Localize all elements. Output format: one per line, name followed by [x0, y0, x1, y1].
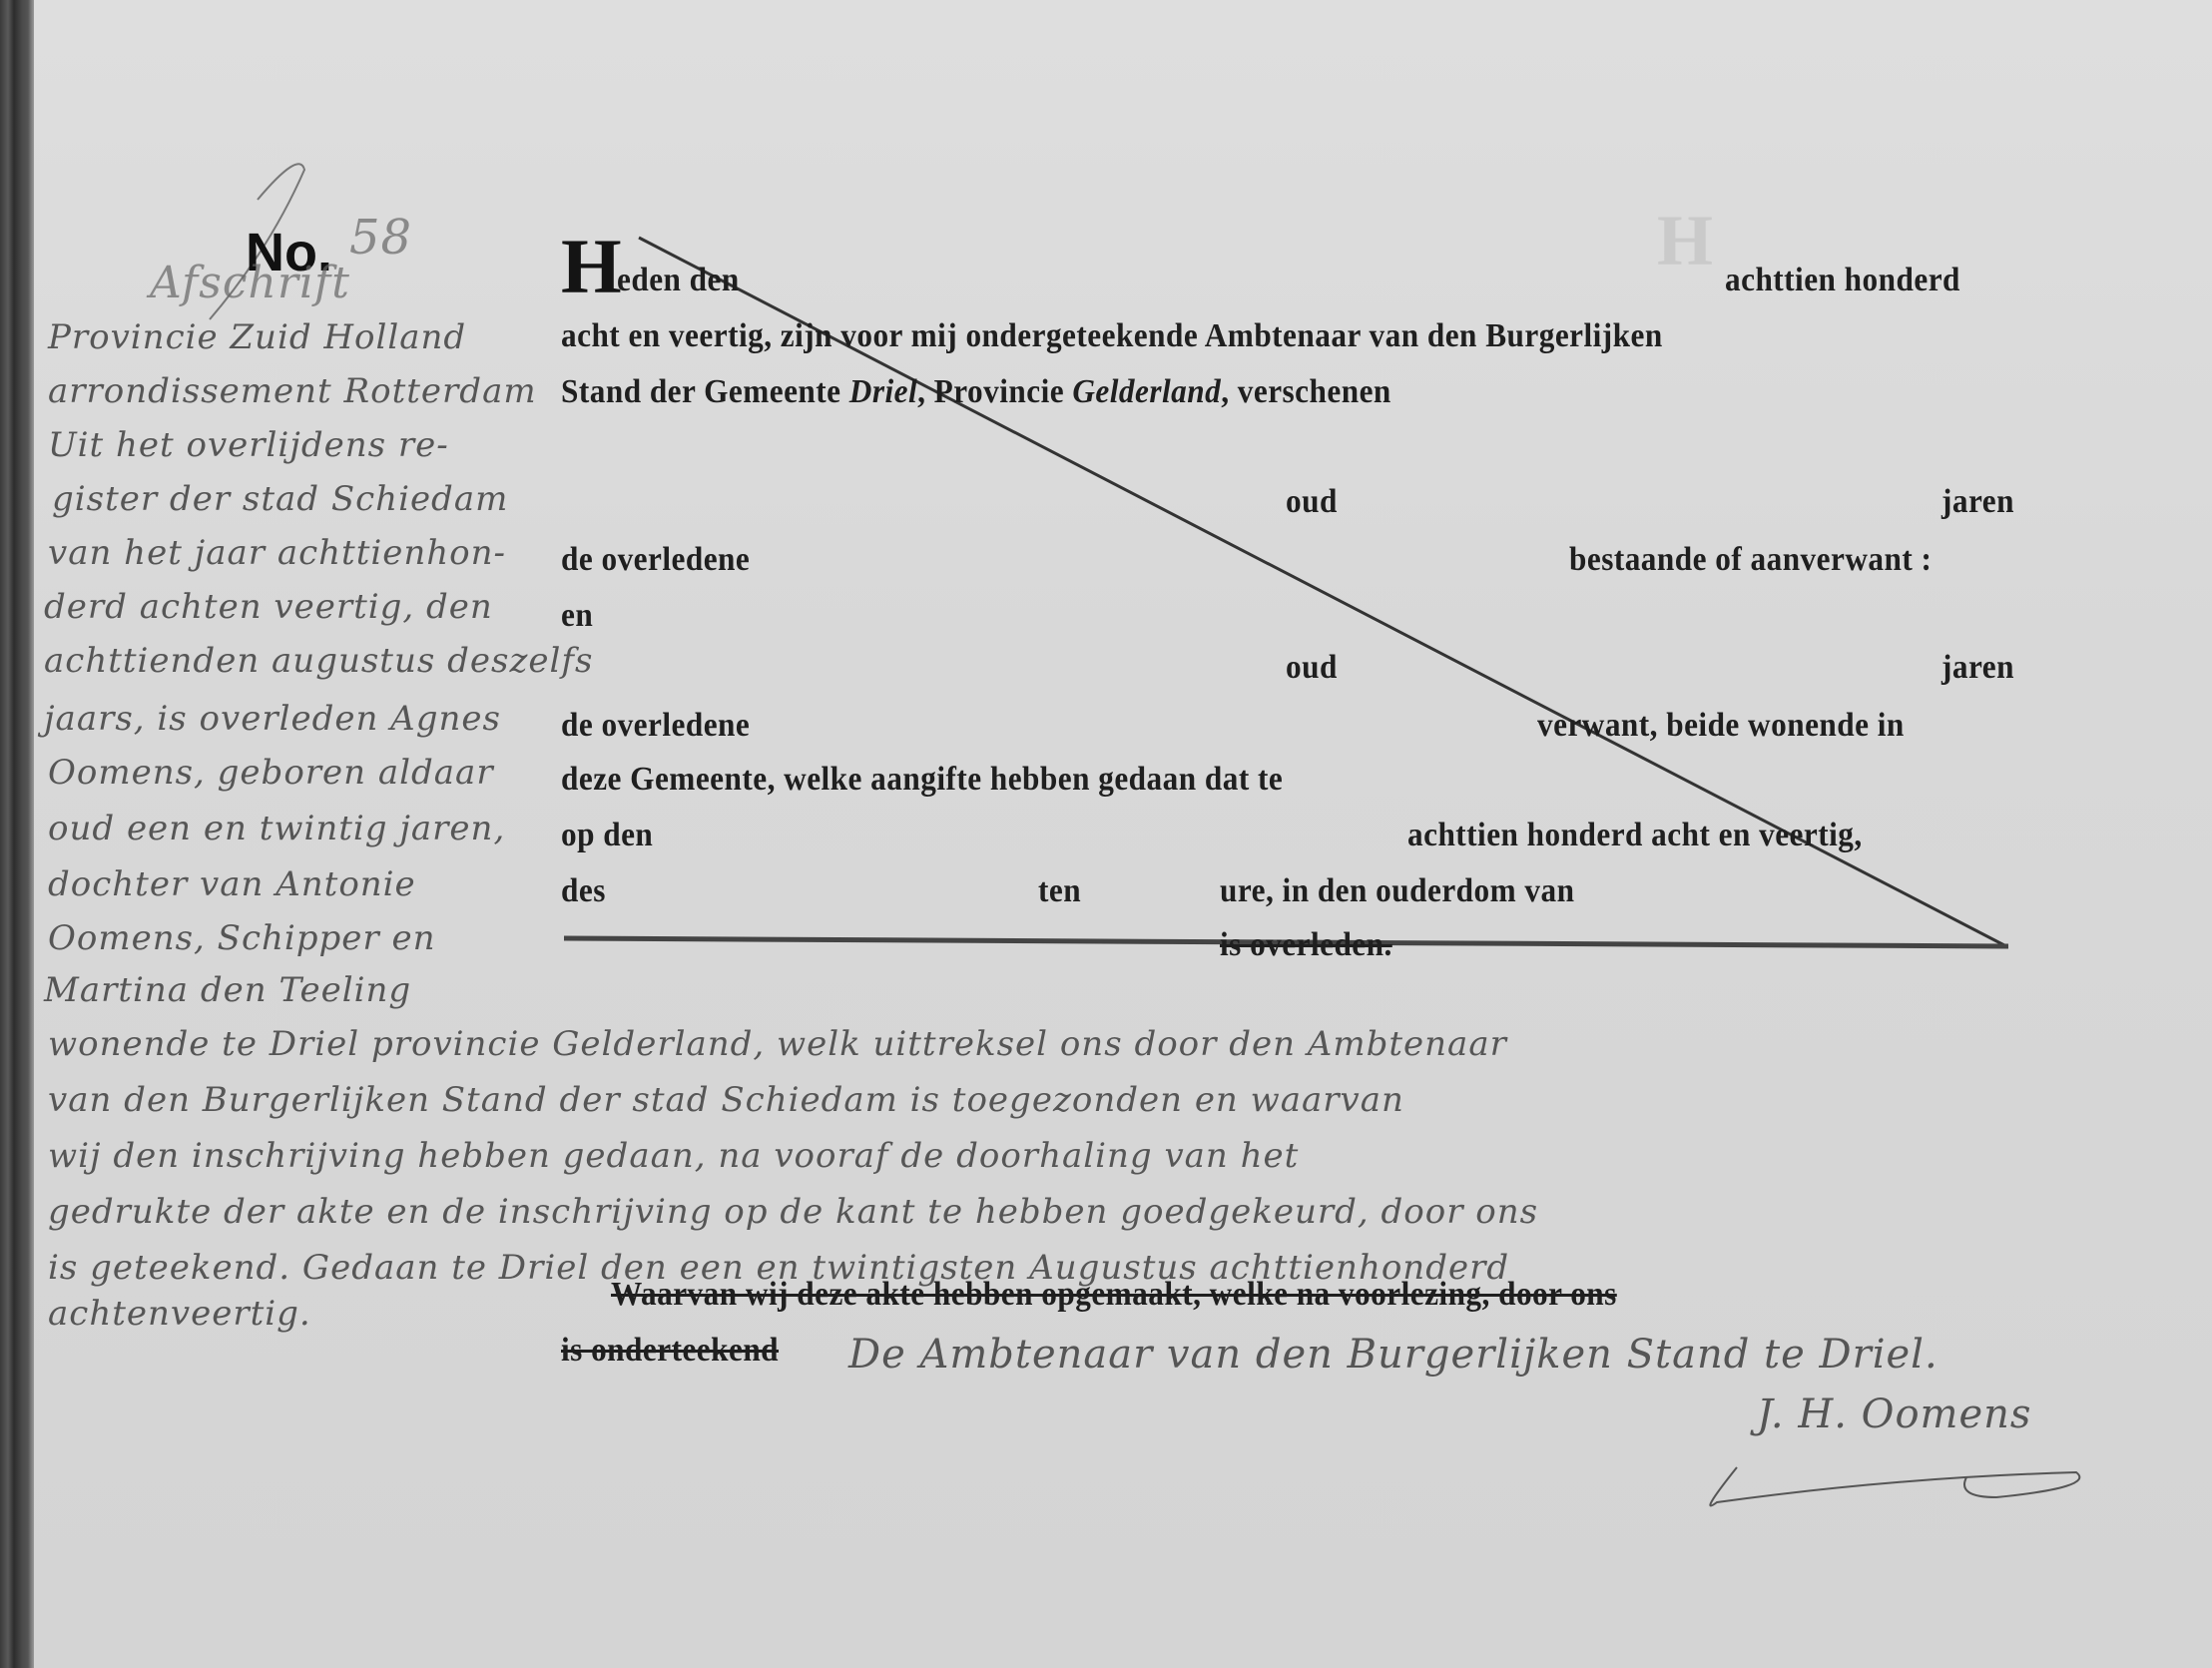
- form-text: ten: [1038, 872, 1081, 910]
- margin-line: arrondissement Rotterdam: [48, 371, 537, 411]
- margin-line: Oomens, Schipper en: [48, 918, 436, 958]
- form-text-place: Stand der Gemeente Driel, Provincie Geld…: [561, 373, 1391, 411]
- margin-line: oud een en twintig jaren,: [48, 809, 505, 848]
- margin-line: dochter van Antonie: [48, 864, 416, 904]
- form-text: eden den: [617, 262, 740, 299]
- document-page: H No. 58 Afschrift Provincie Zuid Hollan…: [0, 0, 2212, 1668]
- form-text: deze Gemeente, welke aangifte hebben ged…: [561, 761, 1283, 799]
- record-number: 58: [349, 210, 412, 266]
- form-text: jaren: [1941, 649, 2014, 687]
- form-text: de overledene: [561, 707, 750, 745]
- signature-line: De Ambtenaar van den Burgerlijken Stand …: [848, 1332, 1938, 1378]
- form-text: oud: [1286, 483, 1338, 521]
- margin-line: Uit het overlijdens re-: [48, 425, 449, 465]
- margin-line: jaars, is overleden Agnes: [44, 699, 501, 739]
- form-text: op den: [561, 817, 653, 854]
- margin-line: Oomens, geboren aldaar: [48, 753, 494, 793]
- body-line: wij den inschrijving hebben gedaan, na v…: [48, 1136, 1299, 1176]
- body-line: wonende te Driel provincie Gelderland, w…: [48, 1024, 1507, 1064]
- form-text-struck: is overleden.: [1220, 926, 1392, 964]
- form-text: ure, in den ouderdom van: [1220, 872, 1574, 910]
- margin-line: Provincie Zuid Holland: [48, 317, 466, 357]
- form-text: bestaande of aanverwant :: [1569, 541, 1932, 579]
- signature-name: J. H. Oomens: [1757, 1391, 2031, 1437]
- form-text: achttien honderd: [1725, 262, 1960, 299]
- form-text: des: [561, 872, 606, 910]
- drop-cap: H: [561, 228, 622, 305]
- form-text: de overledene: [561, 541, 750, 579]
- form-text: achttien honderd acht en veertig,: [1407, 817, 1863, 854]
- form-text: jaren: [1941, 483, 2014, 521]
- closing-text-struck: is onderteekend: [561, 1332, 779, 1370]
- form-text: en: [561, 597, 593, 635]
- closing-text-struck: Waarvan wij deze akte hebben opgemaakt, …: [611, 1276, 1617, 1314]
- body-line: achtenveertig.: [48, 1294, 311, 1334]
- margin-line: van het jaar achttienhon-: [48, 533, 506, 573]
- form-text: acht en veertig, zijn voor mij ondergete…: [561, 317, 1663, 355]
- margin-line: achttienden augustus deszelfs: [44, 641, 593, 681]
- form-text: oud: [1286, 649, 1338, 687]
- margin-line: Martina den Teeling: [44, 970, 411, 1010]
- margin-line: derd achten veertig, den: [44, 587, 493, 627]
- body-line: gedrukte der akte en de inschrijving op …: [48, 1192, 1538, 1232]
- margin-line: gister der stad Schiedam: [52, 479, 508, 519]
- body-line: van den Burgerlijken Stand der stad Schi…: [48, 1080, 1404, 1120]
- form-text: verwant, beide wonende in: [1537, 707, 1905, 745]
- margin-heading: Afschrift: [150, 258, 350, 308]
